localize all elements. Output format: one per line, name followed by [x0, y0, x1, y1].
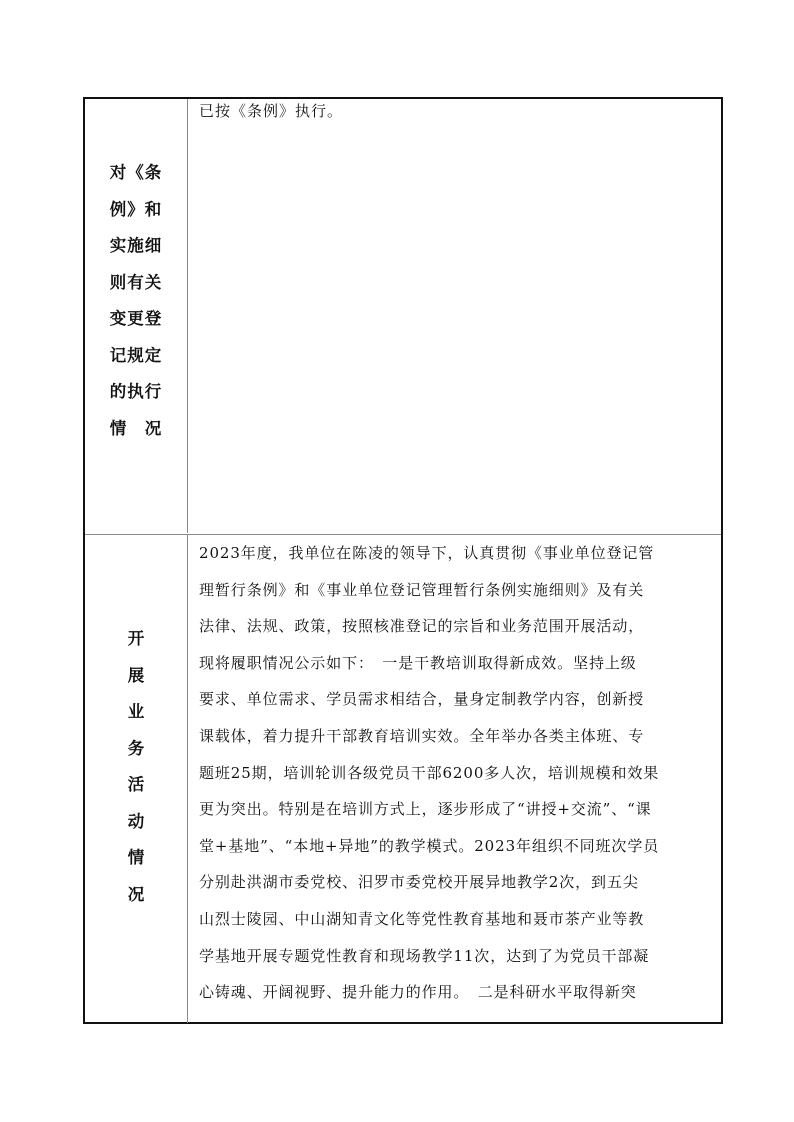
paragraph-line: 2023年度，我单位在陈凌的领导下，认真贯彻《事业单位登记管 — [199, 535, 711, 572]
paragraph-line: 学基地开展专题党性教育和现场教学11次，达到了为党员干部凝 — [199, 938, 711, 975]
label-line: 对《条 — [85, 155, 187, 192]
row-label-change-registration: 对《条 例》和 实施细 则有关 变更登 记规定 的执行 情 况 — [85, 155, 187, 447]
row-label-business-activities: 开 展 业 务 活 动 情 况 — [85, 621, 187, 913]
paragraph-line: 山烈士陵园、中山湖知青文化等党性教育基地和聂市茶产业等教 — [199, 901, 711, 938]
label-char: 展 — [85, 658, 187, 695]
paragraph-line: 题班25期，培训轮训各级党员干部6200多人次，培训规模和效果 — [199, 755, 711, 792]
label-char: 开 — [85, 621, 187, 658]
paragraph-line: 要求、单位需求、学员需求相结合，量身定制教学内容，创新授 — [199, 681, 711, 718]
label-line: 实施细 — [85, 228, 187, 265]
label-char: 况 — [85, 877, 187, 914]
label-line: 变更登 — [85, 301, 187, 338]
paragraph-line: 分别赴洪湖市委党校、汨罗市委党校开展异地教学2次，到五尖 — [199, 864, 711, 901]
paragraph-line: 现将履职情况公示如下： 一是干教培训取得新成效。坚持上级 — [199, 645, 711, 682]
table-row-business-activities: 开 展 业 务 活 动 情 况 2023年度，我单位在陈凌的领导下，认真贯彻《事… — [85, 534, 721, 1023]
row-label-cell: 开 展 业 务 活 动 情 况 — [85, 535, 188, 1023]
paragraph-line: 心铸魂、开阔视野、提升能力的作用。 二是科研水平取得新突 — [199, 974, 711, 1011]
paragraph-line: 课载体，着力提升干部教育培训实效。全年举办各类主体班、专 — [199, 718, 711, 755]
label-char: 动 — [85, 804, 187, 841]
label-line: 情 况 — [85, 411, 187, 448]
label-line: 例》和 — [85, 192, 187, 229]
label-line: 的执行 — [85, 374, 187, 411]
row-content-cell: 已按《条例》执行。 — [189, 99, 721, 533]
paragraph-line: 更为突出。特别是在培训方式上，逐步形成了“讲授+交流”、“课 — [199, 791, 711, 828]
label-line: 记规定 — [85, 338, 187, 375]
paragraph-line: 理暂行条例》和《事业单位登记管理暂行条例实施细则》及有关 — [199, 572, 711, 609]
registration-report-table: 对《条 例》和 实施细 则有关 变更登 记规定 的执行 情 况 已按《条例》执行… — [83, 97, 723, 1024]
table-row-change-registration: 对《条 例》和 实施细 则有关 变更登 记规定 的执行 情 况 已按《条例》执行… — [85, 99, 721, 533]
label-char: 活 — [85, 767, 187, 804]
paragraph-line: 法律、法规、政策，按照核准登记的宗旨和业务范围开展活动， — [199, 608, 711, 645]
business-activities-content: 2023年度，我单位在陈凌的领导下，认真贯彻《事业单位登记管 理暂行条例》和《事… — [199, 535, 711, 1011]
label-line: 则有关 — [85, 265, 187, 302]
change-registration-content: 已按《条例》执行。 — [199, 99, 711, 121]
label-char: 业 — [85, 694, 187, 731]
paragraph-line: 堂+基地”、“本地+异地”的教学模式。2023年组织不同班次学员 — [199, 828, 711, 865]
row-label-cell: 对《条 例》和 实施细 则有关 变更登 记规定 的执行 情 况 — [85, 99, 188, 533]
label-char: 情 — [85, 840, 187, 877]
label-char: 务 — [85, 731, 187, 768]
row-content-cell: 2023年度，我单位在陈凌的领导下，认真贯彻《事业单位登记管 理暂行条例》和《事… — [189, 535, 721, 1023]
